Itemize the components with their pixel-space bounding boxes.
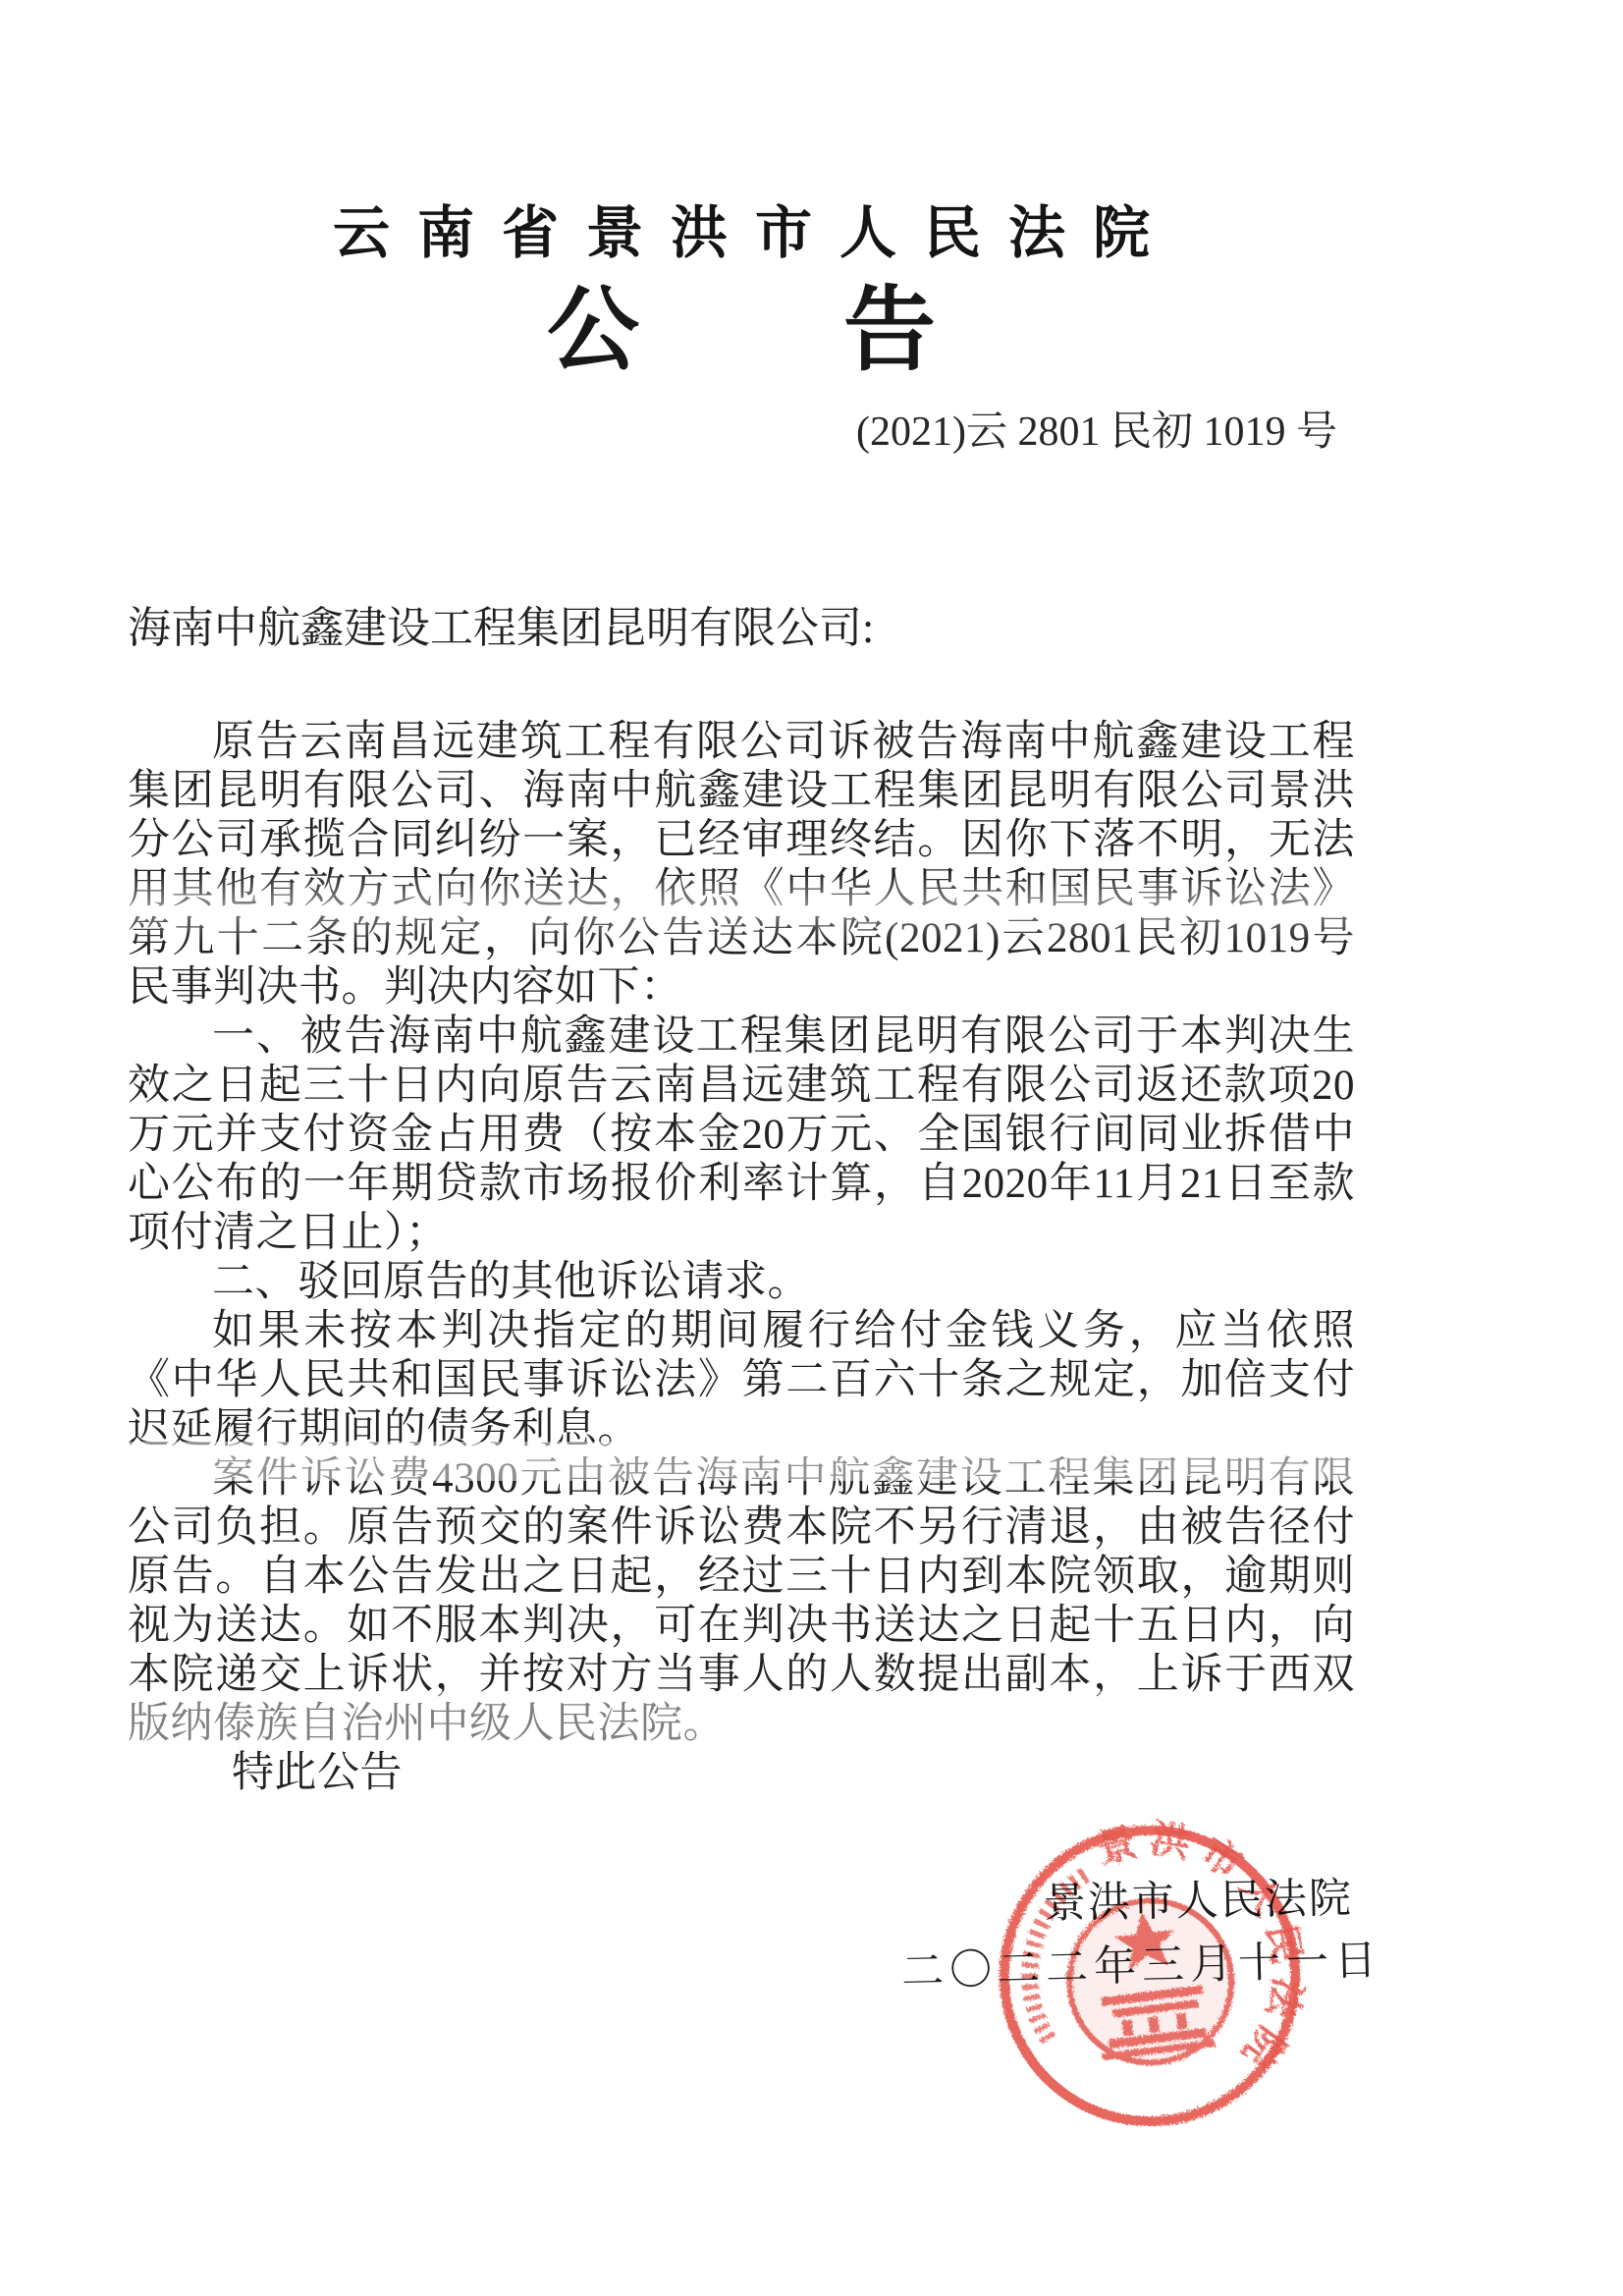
national-emblem-icon	[1060, 1891, 1241, 2072]
court-seal: 景洪市人民法院	[965, 1791, 1335, 2161]
paragraph-judgment-item-1: 一、被告海南中航鑫建设工程集团昆明有限公司于本判决生效之日起三十日内向原告云南昌…	[128, 1012, 1355, 1258]
paragraph-intro: 原告云南昌远建筑工程有限公司诉被告海南中航鑫建设工程集团昆明有限公司、海南中航鑫…	[128, 718, 1355, 1012]
notice-title: 公告	[128, 280, 1355, 383]
paragraph-fees-appeal: 案件诉讼费4300元由被告海南中航鑫建设工程集团昆明有限公司负担。原告预交的案件…	[128, 1454, 1355, 1749]
addressee-line: 海南中航鑫建设工程集团昆明有限公司:	[128, 604, 1355, 653]
closing-line: 特此公告	[128, 1749, 1355, 1798]
paragraph-judgment-item-2: 二、驳回原告的其他诉讼请求。	[128, 1258, 1355, 1307]
document-page: 云南省景洪市人民法院 公告 (2021)云 2801 民初 1019 号 海南中…	[0, 0, 1623, 2296]
case-number: (2021)云 2801 民初 1019 号	[128, 408, 1355, 457]
court-title: 云南省景洪市人民法院	[128, 196, 1355, 270]
document-content: 云南省景洪市人民法院 公告 (2021)云 2801 民初 1019 号 海南中…	[128, 0, 1355, 1987]
paragraph-late-performance: 如果未按本判决指定的期间履行给付金钱义务，应当依照《中华人民共和国民事诉讼法》第…	[128, 1307, 1355, 1454]
notice-body: 原告云南昌远建筑工程有限公司诉被告海南中航鑫建设工程集团昆明有限公司、海南中航鑫…	[128, 718, 1355, 1798]
